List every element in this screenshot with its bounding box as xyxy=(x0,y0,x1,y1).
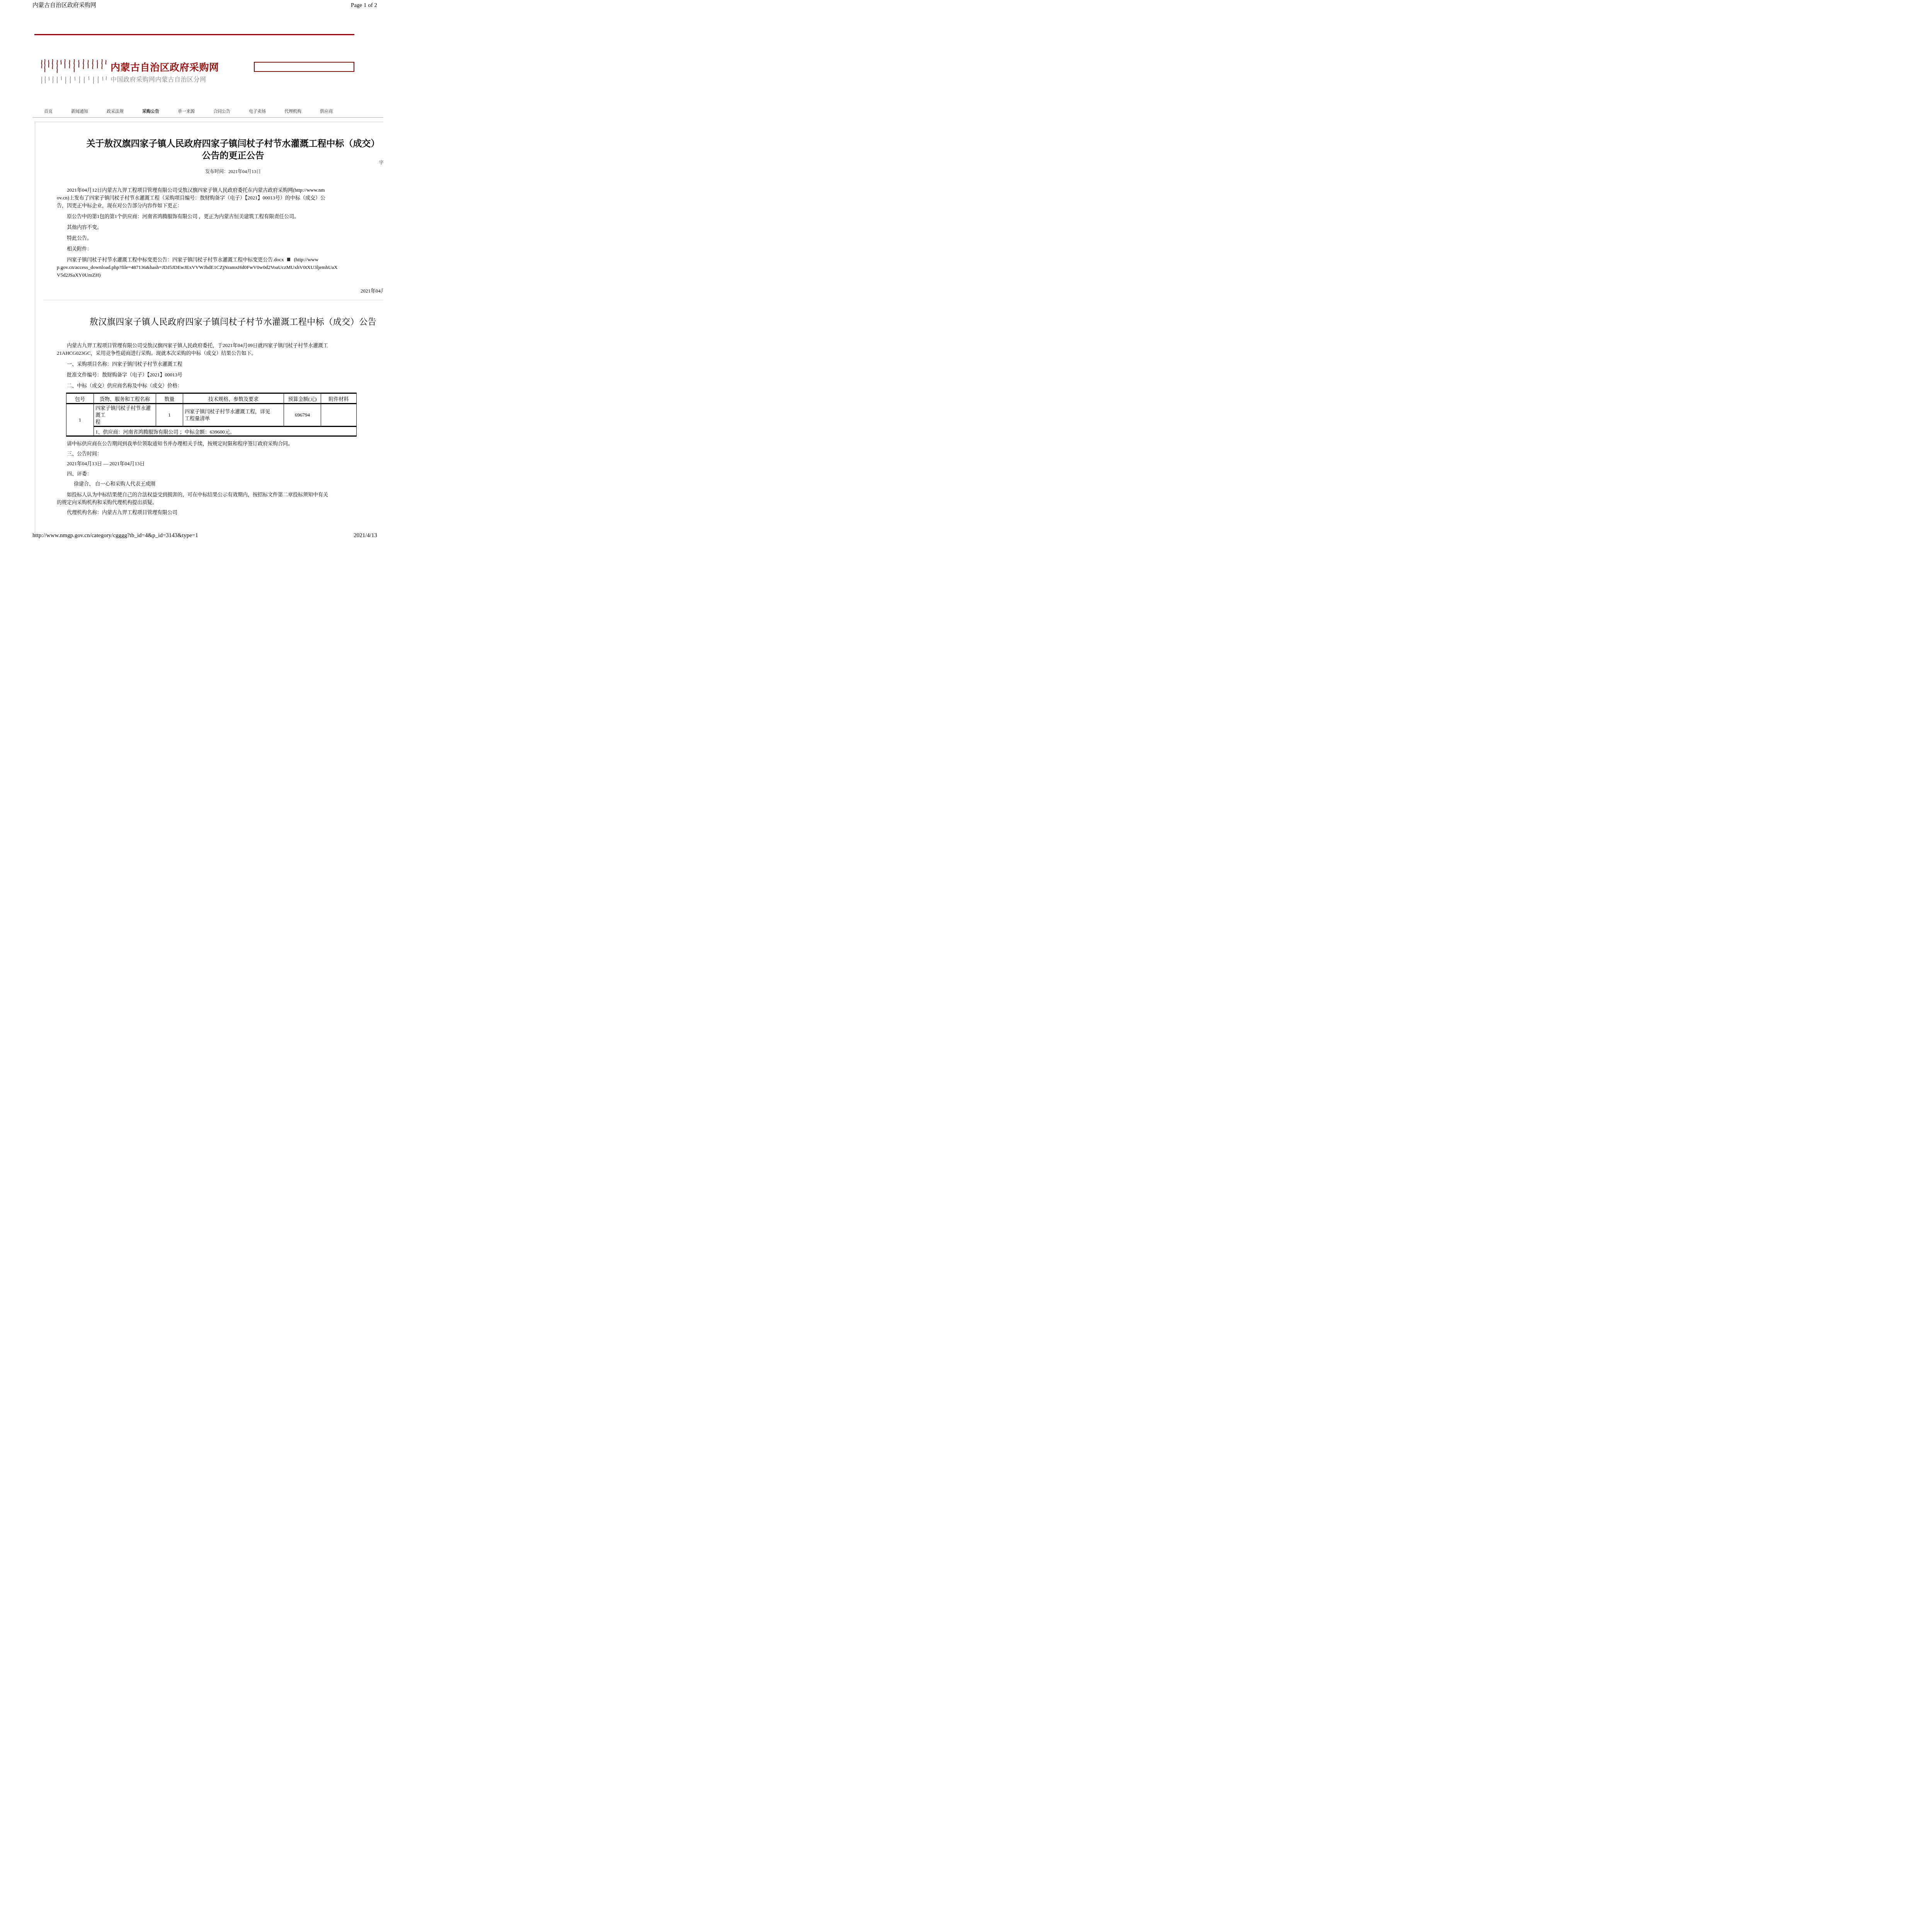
text-line: 2021年04月13日 — 2021年04月13日 xyxy=(57,460,383,468)
text: 2021年04月12日内蒙古九羿工程项目管理有限公司受敖汉旗四家子镇人民政府委托… xyxy=(67,187,325,193)
paragraph: 三、公告时间： xyxy=(57,450,383,457)
header-banner-box xyxy=(254,62,354,72)
nav-item-电子卖场[interactable]: 电子卖场 xyxy=(249,108,266,114)
text: (http://www xyxy=(294,257,319,262)
cell-package-no: 1 xyxy=(66,404,94,436)
header-red-rule xyxy=(34,34,354,35)
site-subtitle: 中国政府采购网内蒙古自治区分网 xyxy=(111,76,206,84)
nav-item-合同公告[interactable]: 合同公告 xyxy=(213,108,230,114)
paragraph: 内蒙古九羿工程项目管理有限公司受敖汉旗四家子镇人民政府委托，于2021年04月0… xyxy=(57,342,383,357)
text: 原公告中的第1包的第1个供应商：河南省鸿腾服饰有限公司 ，更正为内蒙古恒美建筑工… xyxy=(67,213,299,219)
site-title: 内蒙古自治区政府采购网 xyxy=(111,61,219,74)
text: 2021年04月13日 — 2021年04月13日 xyxy=(67,461,145,466)
text: V5d2JSaXY0UmZH) xyxy=(57,272,100,278)
text: 内蒙古九羿工程项目管理有限公司受敖汉旗四家子镇人民政府委托，于2021年04月0… xyxy=(67,342,328,348)
col-item-name: 货物、服务和工程名称 xyxy=(94,393,156,404)
correction-notice-title-line2: 公告的更正公告 xyxy=(57,150,383,162)
nav-item-新闻通知[interactable]: 新闻通知 xyxy=(71,108,88,114)
paragraph: 一、采购项目名称：四家子镇闫杖子村节水灌溉工程 xyxy=(57,360,383,368)
text-line: 21AHCG023GC，采用竞争性磋商进行采购。现就本次采购的中标（成交）结果公… xyxy=(57,349,383,357)
text: p.gov.cn/access_download.php?file=487136… xyxy=(57,264,338,270)
nav-item-供应商[interactable]: 供应商 xyxy=(320,108,333,114)
award-table-row: 1 四家子镇闫杖子村节水灌溉工 程 1 四家子镇闫杖子村节水灌溉工程，详见 工程… xyxy=(66,404,357,427)
award-table: 包号 货物、服务和工程名称 数量 技术规格、参数及要求 预算金额(元) 附件材料… xyxy=(66,393,357,437)
mongolian-script-icon xyxy=(40,57,108,74)
paragraph: 特此公告。 xyxy=(57,234,383,242)
nav-item-单一来源[interactable]: 单一来源 xyxy=(178,108,195,114)
paragraph: 批准文件编号：敖财购备字（电子）【2021】00013号 xyxy=(57,371,383,379)
correction-notice-date: 2021年04月 xyxy=(57,287,383,294)
text-line: 一、采购项目名称：四家子镇闫杖子村节水灌溉工程 xyxy=(57,360,383,368)
paragraph: 2021年04月12日内蒙古九羿工程项目管理有限公司受敖汉旗四家子镇人民政府委托… xyxy=(57,186,383,209)
paragraph: 原公告中的第1包的第1个供应商：河南省鸿腾服饰有限公司 ，更正为内蒙古恒美建筑工… xyxy=(57,213,383,220)
paragraph: 如投标人认为中标结果使自己的合法权益受到损害的，可在中标结果公示有效期内，按招标… xyxy=(57,491,383,506)
text: 特此公告。 xyxy=(67,235,92,241)
cell-spec: 四家子镇闫杖子村节水灌溉工程，详见 工程量清单 xyxy=(183,404,284,427)
award-table-supplier-row: 1、供应商：河南省鸿腾服饰有限公司 ；中标金额：639600元。 xyxy=(66,427,357,436)
text-line: ov.cn)上发布了四家子镇闫杖子村节水灌溉工程（采购项目编号：敖财购备字（电子… xyxy=(57,194,383,202)
page: { "print_header": { "site": "内蒙古自治区政府采购网… xyxy=(0,0,383,542)
text: 二、中标（成交）供应商名称及中标（成交）价格： xyxy=(67,383,182,388)
print-header: 内蒙古自治区政府采购网 Page 1 of 2 xyxy=(32,2,377,9)
text: 其他内容不变。 xyxy=(67,224,102,230)
text: 代理机构名称：内蒙古九羿工程项目管理有限公司 xyxy=(67,509,177,515)
nav-item-代理机构[interactable]: 代理机构 xyxy=(284,108,301,114)
cell-supplier: 1、供应商：河南省鸿腾服饰有限公司 ；中标金额：639600元。 xyxy=(94,427,357,436)
print-footer: http://www.nmgp.gov.cn/category/cgggg?tb… xyxy=(32,532,377,539)
text: 告，因更正中标企业，现在对公告部分内容作如下更正： xyxy=(57,202,182,208)
text-line: 代理机构名称：内蒙古九羿工程项目管理有限公司 xyxy=(57,509,383,516)
col-package-no: 包号 xyxy=(66,393,94,404)
text-line: 其他内容不变。 xyxy=(57,223,383,231)
site-sublogo: 中国政府采购网内蒙古自治区分网 xyxy=(40,76,206,84)
text: 的规定向采购机构和采购代理机构提出质疑。 xyxy=(57,499,157,505)
correction-notice-title-line1: 关于敖汉旗四家子镇人民政府四家子镇闫杖子村节水灌溉工程中标（成交） xyxy=(57,138,383,150)
section-divider xyxy=(43,300,383,300)
text-line: 徐建合、 白一心和采购人代表王成刚 xyxy=(57,480,383,488)
text-line: 二、中标（成交）供应商名称及中标（成交）价格： xyxy=(57,382,383,389)
text-line: 2021年04月12日内蒙古九羿工程项目管理有限公司受敖汉旗四家子镇人民政府委托… xyxy=(57,186,383,194)
paragraph: 其他内容不变。 xyxy=(57,223,383,231)
text-line: p.gov.cn/access_download.php?file=487136… xyxy=(57,264,383,271)
text-line: 告，因更正中标企业，现在对公告部分内容作如下更正： xyxy=(57,202,383,209)
nav-item-首页[interactable]: 首页 xyxy=(44,108,53,114)
text-line: 请中标供应商在公告期间到我单位领取通知书并办理相关手续，按规定时限和程序签订政府… xyxy=(57,440,383,447)
print-footer-date: 2021/4/13 xyxy=(354,532,377,539)
award-notice-title: 敖汉旗四家子镇人民政府四家子镇闫杖子村节水灌溉工程中标（成交）公告 xyxy=(57,317,383,327)
text: 一、采购项目名称：四家子镇闫杖子村节水灌溉工程 xyxy=(67,361,182,367)
correction-notice-body: 2021年04月12日内蒙古九羿工程项目管理有限公司受敖汉旗四家子镇人民政府委托… xyxy=(57,186,383,279)
text: 三、公告时间： xyxy=(67,451,102,456)
text: 四、评委： xyxy=(67,471,92,476)
text-line: 内蒙古九羿工程项目管理有限公司受敖汉旗四家子镇人民政府委托，于2021年04月0… xyxy=(57,342,383,349)
col-attachment: 附件材料 xyxy=(321,393,357,404)
attachment-icon xyxy=(287,258,290,261)
text: 相关附件： xyxy=(67,246,92,252)
col-budget: 预算金额(元) xyxy=(284,393,321,404)
print-header-page-number: Page 1 of 2 xyxy=(351,2,377,9)
paragraph: 代理机构名称：内蒙古九羿工程项目管理有限公司 xyxy=(57,509,383,516)
print-header-site: 内蒙古自治区政府采购网 xyxy=(32,2,96,9)
text: 四家子镇闫杖子村节水灌溉工程中标变更公告：四家子镇闫杖子村节水灌溉工程中标变更公… xyxy=(67,257,284,262)
mongolian-script-small-icon xyxy=(40,76,108,84)
correction-notice-title: 关于敖汉旗四家子镇人民政府四家子镇闫杖子村节水灌溉工程中标（成交） 公告的更正公… xyxy=(57,138,383,162)
text-line: 批准文件编号：敖财购备字（电子）【2021】00013号 xyxy=(57,371,383,379)
cell-budget: 696794 xyxy=(284,404,321,427)
paragraph: 四、评委： xyxy=(57,470,383,478)
cell-quantity: 1 xyxy=(156,404,183,427)
site-logo: 内蒙古自治区政府采购网 xyxy=(40,57,219,74)
paragraph: 二、中标（成交）供应商名称及中标（成交）价格： xyxy=(57,382,383,389)
text-line: 的规定向采购机构和采购代理机构提出质疑。 xyxy=(57,498,383,506)
nav-item-采购公告[interactable]: 采购公告 xyxy=(142,108,159,114)
text: 徐建合、 白一心和采购人代表王成刚 xyxy=(74,481,155,486)
col-spec: 技术规格、参数及要求 xyxy=(183,393,284,404)
text-line: 三、公告时间： xyxy=(57,450,383,457)
text: 21AHCG023GC，采用竞争性磋商进行采购。现就本次采购的中标（成交）结果公… xyxy=(57,350,256,356)
nav-item-政采法规[interactable]: 政采法规 xyxy=(107,108,124,114)
text: 如投标人认为中标结果使自己的合法权益受到损害的，可在中标结果公示有效期内，按招标… xyxy=(67,492,328,497)
award-notice-body-top: 内蒙古九羿工程项目管理有限公司受敖汉旗四家子镇人民政府委托，于2021年04月0… xyxy=(57,342,383,389)
paragraph: 徐建合、 白一心和采购人代表王成刚 xyxy=(57,480,383,488)
paragraph: 相关附件： xyxy=(57,245,383,253)
col-quantity: 数量 xyxy=(156,393,183,404)
publish-time: 发布时间：2021年04月13日 xyxy=(57,168,383,175)
print-footer-url: http://www.nmgp.gov.cn/category/cgggg?tb… xyxy=(32,532,198,539)
cell-item-name: 四家子镇闫杖子村节水灌溉工 程 xyxy=(94,404,156,427)
font-size-button[interactable]: 字号 xyxy=(379,159,383,166)
text-line: 如投标人认为中标结果使自己的合法权益受到损害的，可在中标结果公示有效期内，按招标… xyxy=(57,491,383,498)
paragraph: 四家子镇闫杖子村节水灌溉工程中标变更公告：四家子镇闫杖子村节水灌溉工程中标变更公… xyxy=(57,256,383,279)
text-line: 四、评委： xyxy=(57,470,383,478)
text-line: V5d2JSaXY0UmZH) xyxy=(57,271,383,279)
award-table-header-row: 包号 货物、服务和工程名称 数量 技术规格、参数及要求 预算金额(元) 附件材料 xyxy=(66,393,357,404)
text: ov.cn)上发布了四家子镇闫杖子村节水灌溉工程（采购项目编号：敖财购备字（电子… xyxy=(57,195,325,201)
text-line: 原公告中的第1包的第1个供应商：河南省鸿腾服饰有限公司 ，更正为内蒙古恒美建筑工… xyxy=(57,213,383,220)
award-notice-body-bottom: 请中标供应商在公告期间到我单位领取通知书并办理相关手续，按规定时限和程序签订政府… xyxy=(57,440,383,516)
text: 请中标供应商在公告期间到我单位领取通知书并办理相关手续，按规定时限和程序签订政府… xyxy=(67,440,293,446)
cell-attachment xyxy=(321,404,357,427)
main-nav: 首页新闻通知政采法规采购公告单一来源合同公告电子卖场代理机构供应商 xyxy=(32,105,383,118)
content-area: 字号 关于敖汉旗四家子镇人民政府四家子镇闫杖子村节水灌溉工程中标（成交） 公告的… xyxy=(35,122,383,536)
text-line: 特此公告。 xyxy=(57,234,383,242)
text-line: 相关附件： xyxy=(57,245,383,253)
paragraph: 2021年04月13日 — 2021年04月13日 xyxy=(57,460,383,468)
text: 批准文件编号：敖财购备字（电子）【2021】00013号 xyxy=(67,372,182,378)
paragraph: 请中标供应商在公告期间到我单位领取通知书并办理相关手续，按规定时限和程序签订政府… xyxy=(57,440,383,447)
attachment-link[interactable]: 四家子镇闫杖子村节水灌溉工程中标变更公告：四家子镇闫杖子村节水灌溉工程中标变更公… xyxy=(57,256,383,264)
